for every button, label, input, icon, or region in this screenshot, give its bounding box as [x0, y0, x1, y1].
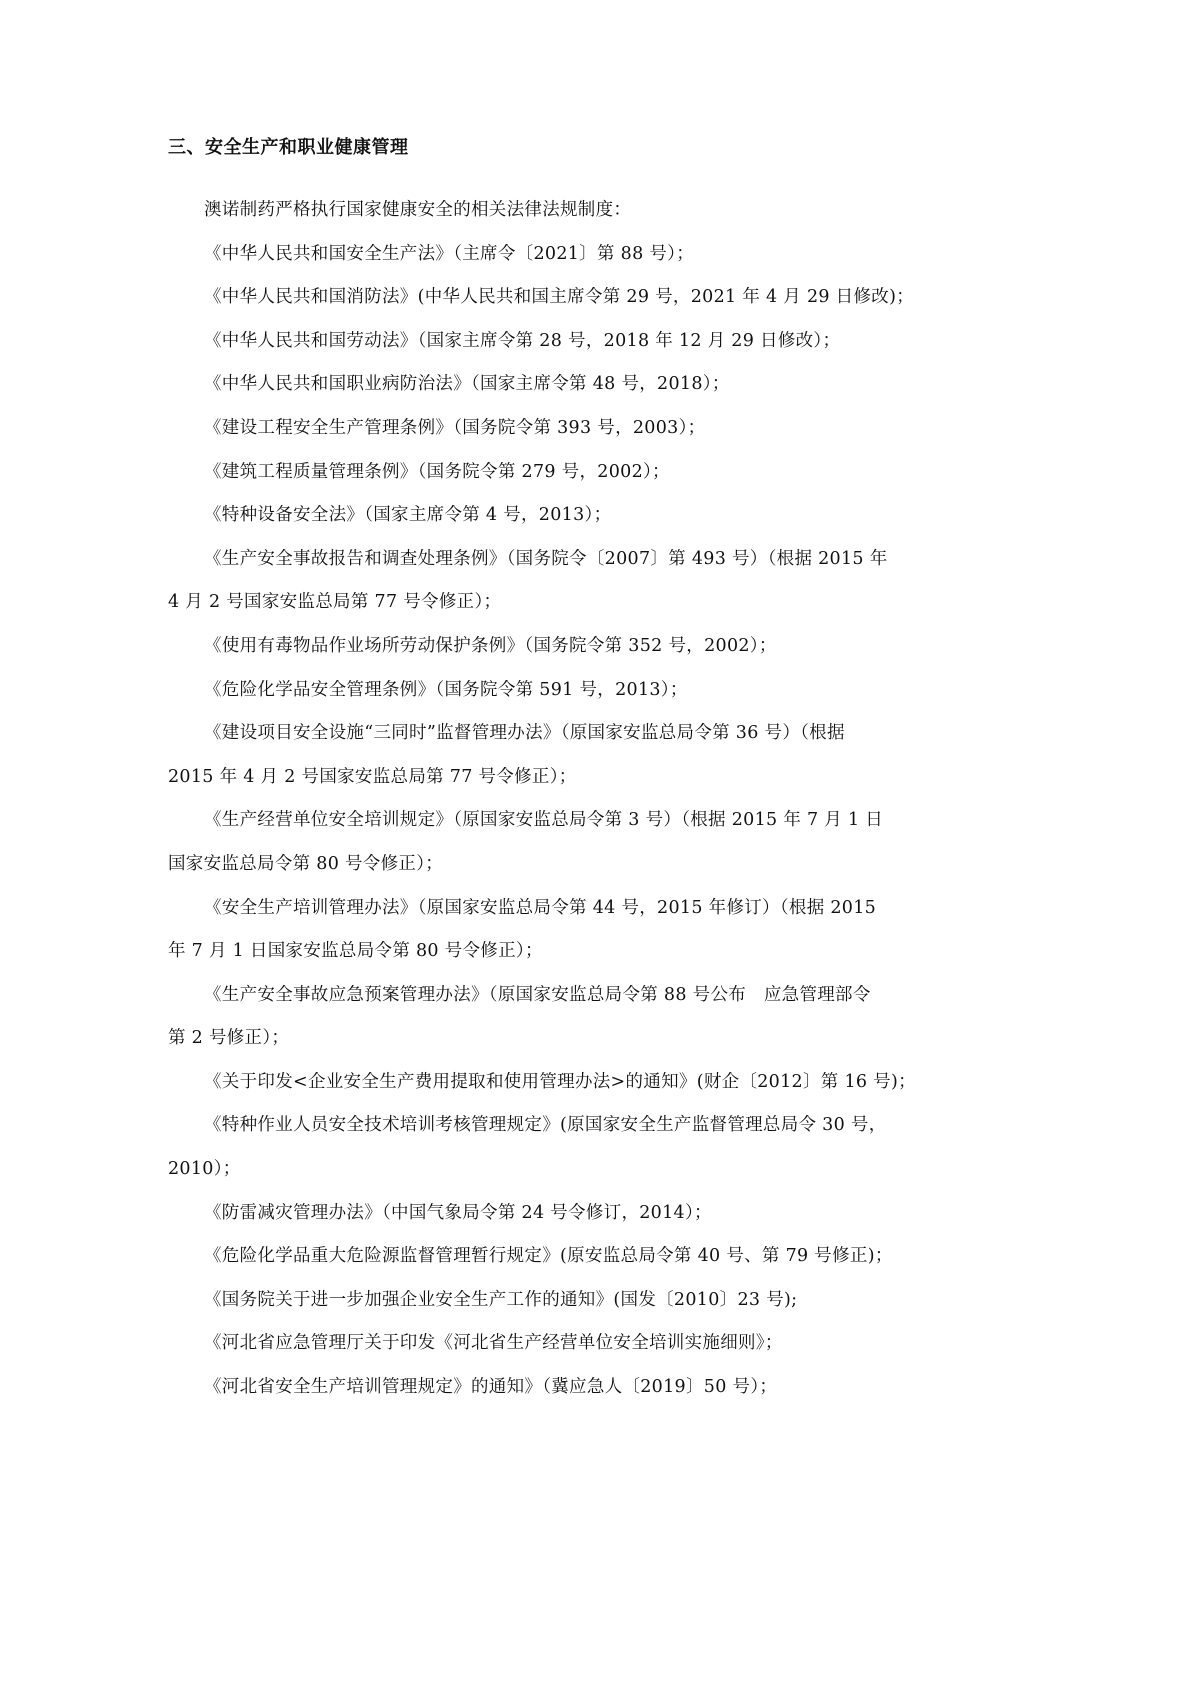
document-page: 三、安全生产和职业健康管理 澳诺制药严格执行国家健康安全的相关法律法规制度： 《…: [0, 0, 1191, 1684]
regulation-line: 《建设项目安全设施“三同时”监督管理办法》（原国家安监总局令第 36 号）（根据: [168, 712, 942, 756]
regulation-item: 《特种作业人员安全技术培训考核管理规定》(原国家安全生产监督管理总局令 30 号…: [168, 1104, 942, 1191]
regulation-line: 《安全生产培训管理办法》（原国家安监总局令第 44 号，2015 年修订）（根据…: [168, 887, 942, 931]
regulation-item: 《建设项目安全设施“三同时”监督管理办法》（原国家安监总局令第 36 号）（根据…: [168, 712, 942, 799]
regulation-line: 《生产安全事故报告和调查处理条例》（国务院令〔2007〕第 493 号）（根据 …: [168, 538, 942, 582]
regulation-line: 《防雷减灾管理办法》（中国气象局令第 24 号令修订，2014）；: [168, 1192, 942, 1236]
regulation-continuation-line: 第 2 号修正）；: [168, 1017, 942, 1061]
regulation-line: 《危险化学品安全管理条例》（国务院令第 591 号，2013）；: [168, 669, 942, 713]
regulation-item: 《河北省安全生产培训管理规定》的通知》（冀应急人〔2019〕50 号）；: [168, 1366, 942, 1410]
intro-text: 澳诺制药严格执行国家健康安全的相关法律法规制度：: [168, 189, 942, 233]
regulation-line: 《建筑工程质量管理条例》（国务院令第 279 号，2002）；: [168, 451, 942, 495]
regulation-line: 《中华人民共和国安全生产法》（主席令〔2021〕第 88 号）；: [168, 233, 942, 277]
regulation-item: 《危险化学品重大危险源监督管理暂行规定》(原安监总局令第 40 号、第 79 号…: [168, 1235, 942, 1279]
regulation-line: 《河北省应急管理厅关于印发《河北省生产经营单位安全培训实施细则》；: [168, 1322, 942, 1366]
regulation-continuation-line: 4 月 2 号国家安监总局第 77 号令修正）；: [168, 581, 942, 625]
regulation-item: 《建设工程安全生产管理条例》（国务院令第 393 号，2003）；: [168, 407, 942, 451]
regulation-item: 《关于印发<企业安全生产费用提取和使用管理办法>的通知》(财企〔2012〕第 1…: [168, 1061, 942, 1105]
regulation-item: 《使用有毒物品作业场所劳动保护条例》（国务院令第 352 号，2002）；: [168, 625, 942, 669]
regulation-line: 《危险化学品重大危险源监督管理暂行规定》(原安监总局令第 40 号、第 79 号…: [168, 1235, 942, 1279]
regulation-item: 《中华人民共和国职业病防治法》（国家主席令第 48 号，2018）；: [168, 363, 942, 407]
regulation-line: 《特种设备安全法》（国家主席令第 4 号，2013）；: [168, 494, 942, 538]
regulation-item: 《危险化学品安全管理条例》（国务院令第 591 号，2013）；: [168, 669, 942, 713]
regulation-list: 《中华人民共和国安全生产法》（主席令〔2021〕第 88 号）；《中华人民共和国…: [168, 233, 942, 1410]
regulation-continuation-line: 国家安监总局令第 80 号令修正）；: [168, 843, 942, 887]
regulation-item: 《建筑工程质量管理条例》（国务院令第 279 号，2002）；: [168, 451, 942, 495]
regulation-item: 《中华人民共和国消防法》(中华人民共和国主席令第 29 号，2021 年 4 月…: [168, 276, 942, 320]
regulation-line: 《生产经营单位安全培训规定》（原国家安监总局令第 3 号）（根据 2015 年 …: [168, 799, 942, 843]
regulation-line: 《生产安全事故应急预案管理办法》（原国家安监总局令第 88 号公布 应急管理部令: [168, 974, 942, 1018]
regulation-line: 《建设工程安全生产管理条例》（国务院令第 393 号，2003）；: [168, 407, 942, 451]
regulation-item: 《河北省应急管理厅关于印发《河北省生产经营单位安全培训实施细则》；: [168, 1322, 942, 1366]
regulation-item: 《国务院关于进一步加强企业安全生产工作的通知》(国发〔2010〕23 号);: [168, 1279, 942, 1323]
regulation-item: 《生产经营单位安全培训规定》（原国家安监总局令第 3 号）（根据 2015 年 …: [168, 799, 942, 886]
document-body: 三、安全生产和职业健康管理 澳诺制药严格执行国家健康安全的相关法律法规制度： 《…: [168, 134, 942, 1410]
regulation-item: 《生产安全事故应急预案管理办法》（原国家安监总局令第 88 号公布 应急管理部令…: [168, 974, 942, 1061]
regulation-line: 《中华人民共和国劳动法》（国家主席令第 28 号，2018 年 12 月 29 …: [168, 320, 942, 364]
regulation-line: 《河北省安全生产培训管理规定》的通知》（冀应急人〔2019〕50 号）；: [168, 1366, 942, 1410]
regulation-line: 《使用有毒物品作业场所劳动保护条例》（国务院令第 352 号，2002）；: [168, 625, 942, 669]
regulation-item: 《中华人民共和国劳动法》（国家主席令第 28 号，2018 年 12 月 29 …: [168, 320, 942, 364]
regulation-line: 《中华人民共和国职业病防治法》（国家主席令第 48 号，2018）；: [168, 363, 942, 407]
regulation-item: 《中华人民共和国安全生产法》（主席令〔2021〕第 88 号）；: [168, 233, 942, 277]
regulation-continuation-line: 年 7 月 1 日国家安监总局令第 80 号令修正）；: [168, 930, 942, 974]
regulation-item: 《生产安全事故报告和调查处理条例》（国务院令〔2007〕第 493 号）（根据 …: [168, 538, 942, 625]
regulation-item: 《安全生产培训管理办法》（原国家安监总局令第 44 号，2015 年修订）（根据…: [168, 887, 942, 974]
regulation-continuation-line: 2010）；: [168, 1148, 942, 1192]
intro-paragraph: 澳诺制药严格执行国家健康安全的相关法律法规制度：: [168, 189, 942, 233]
regulation-continuation-line: 2015 年 4 月 2 号国家安监总局第 77 号令修正）；: [168, 756, 942, 800]
section-heading: 三、安全生产和职业健康管理: [168, 134, 942, 162]
regulation-item: 《特种设备安全法》（国家主席令第 4 号，2013）；: [168, 494, 942, 538]
regulation-item: 《防雷减灾管理办法》（中国气象局令第 24 号令修订，2014）；: [168, 1192, 942, 1236]
regulation-line: 《中华人民共和国消防法》(中华人民共和国主席令第 29 号，2021 年 4 月…: [168, 276, 942, 320]
regulation-line: 《特种作业人员安全技术培训考核管理规定》(原国家安全生产监督管理总局令 30 号…: [168, 1104, 942, 1148]
regulation-line: 《关于印发<企业安全生产费用提取和使用管理办法>的通知》(财企〔2012〕第 1…: [168, 1061, 942, 1105]
regulation-line: 《国务院关于进一步加强企业安全生产工作的通知》(国发〔2010〕23 号);: [168, 1279, 942, 1323]
